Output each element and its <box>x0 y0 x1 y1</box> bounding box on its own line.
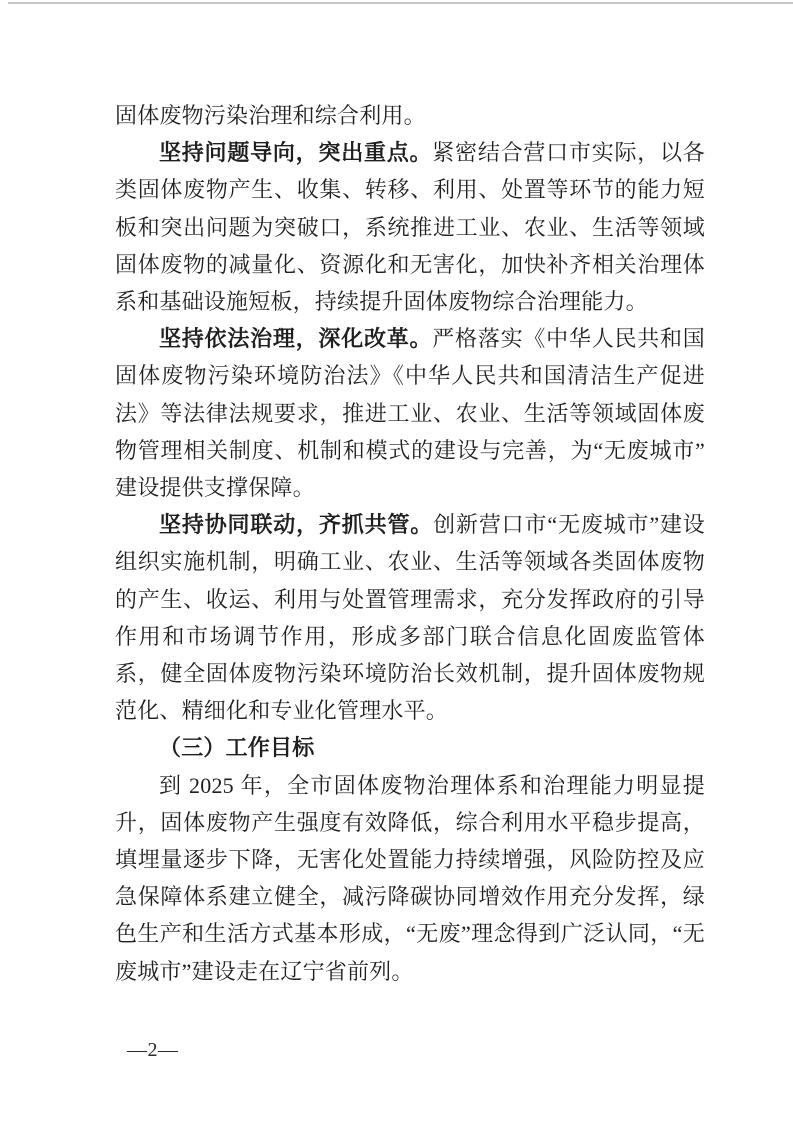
paragraph-lead: 坚持协同联动，齐抓共管。 <box>159 512 433 537</box>
paragraph: 坚持依法治理，深化改革。严格落实《中华人民共和国固体废物污染环境防治法》《中华人… <box>115 320 705 506</box>
paragraph-continuation: 固体废物污染治理和综合利用。 <box>115 97 705 134</box>
paragraph-text: 紧密结合营口市实际，以各类固体废物产生、收集、转移、利用、处置等环节的能力短板和… <box>115 140 705 314</box>
page-number: —2— <box>127 1038 179 1062</box>
document-page: 固体废物污染治理和综合利用。 坚持问题导向，突出重点。紧密结合营口市实际，以各类… <box>0 0 793 1122</box>
paragraph-text: 创新营口市“无废城市”建设组织实施机制，明确工业、农业、生活等领域各类固体废物的… <box>115 512 705 723</box>
paragraph: 到 2025 年，全市固体废物治理体系和治理能力明显提升，固体废物产生强度有效降… <box>115 767 705 990</box>
paragraph-lead: 坚持问题导向，突出重点。 <box>159 140 432 165</box>
scan-artifact-line <box>8 2 793 4</box>
document-body: 固体废物污染治理和综合利用。 坚持问题导向，突出重点。紧密结合营口市实际，以各类… <box>115 97 705 990</box>
paragraph: 坚持问题导向，突出重点。紧密结合营口市实际，以各类固体废物产生、收集、转移、利用… <box>115 134 705 320</box>
section-heading: （三）工作目标 <box>115 729 705 766</box>
paragraph-text: 严格落实《中华人民共和国固体废物污染环境防治法》《中华人民共和国清洁生产促进法》… <box>115 326 705 500</box>
paragraph-lead: 坚持依法治理，深化改革。 <box>159 326 432 351</box>
paragraph: 坚持协同联动，齐抓共管。创新营口市“无废城市”建设组织实施机制，明确工业、农业、… <box>115 506 705 729</box>
